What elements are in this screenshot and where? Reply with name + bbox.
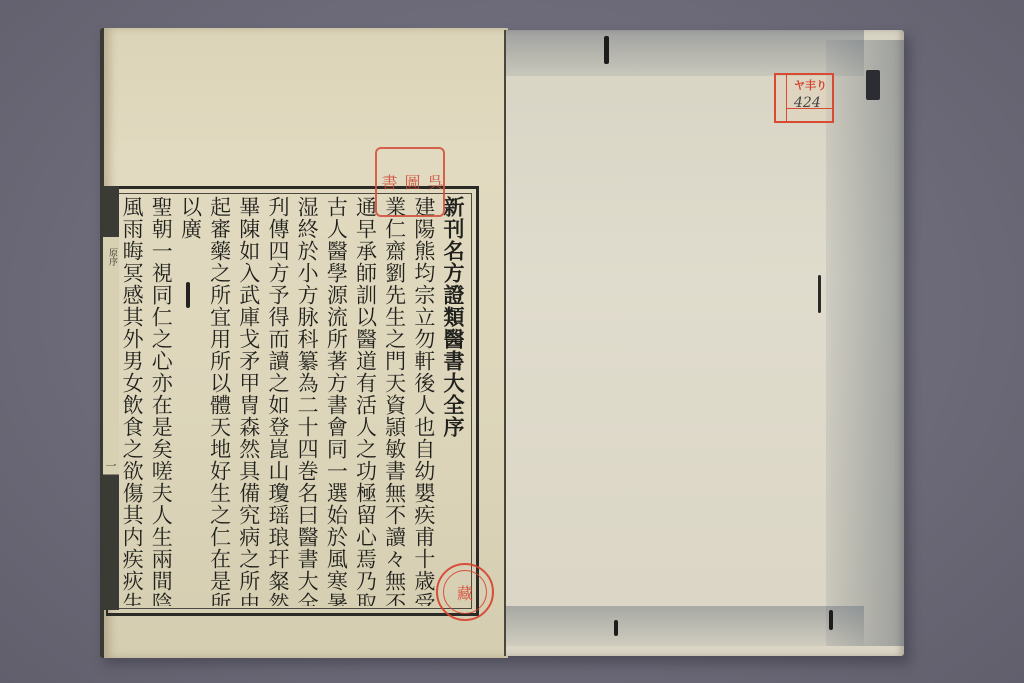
seal-char: 書 xyxy=(377,174,400,190)
text-column: 以廣 xyxy=(178,196,207,606)
seal-char: 呉 xyxy=(423,174,446,190)
stain-top xyxy=(504,30,864,76)
text-column: 風雨晦冥感其外男女飲食之欲傷其内疾疢生 xyxy=(120,196,149,606)
text-column: 畢陳如入武庫戈矛甲冑森然具備究病之所由 xyxy=(237,196,266,606)
round-seal: 藏 xyxy=(436,563,494,621)
text-column: 刋傳四方予得而讀之如登崑山瓊瑶琅玕粲然 xyxy=(266,196,295,606)
text-column: 業仁齋劉先生之門天資頴敏書無不讀々無不 xyxy=(382,196,411,606)
leaf-number: 一 xyxy=(104,460,118,471)
label-rule xyxy=(786,108,832,109)
ink-blot xyxy=(818,275,821,313)
title-column: 新刊名方證類醫書大全序 xyxy=(441,196,470,606)
right-page xyxy=(504,30,904,656)
text-columns: 新刊名方證類醫書大全序 建陽熊均宗立勿軒後人也自幼嬰疾甫十歳受 業仁齋劉先生之門… xyxy=(120,196,470,606)
label-kana: ヤ丰り xyxy=(794,77,827,93)
ink-blot xyxy=(866,70,880,100)
ink-blot xyxy=(829,610,833,630)
seal-ring xyxy=(443,570,487,614)
ink-stroke xyxy=(186,282,190,308)
text-column: 聖朝一視同仁之心亦在是矣嗟夫人生兩間陰陽 xyxy=(149,196,178,606)
stain-bottom xyxy=(504,606,864,646)
seal-char: 圖 xyxy=(400,174,423,190)
stain-side xyxy=(826,40,904,646)
ink-blot xyxy=(604,36,609,64)
text-column: 湿終於小方脉科纂為二十四巻名曰醫書大全 xyxy=(295,196,324,606)
center-column-label: 原序 xyxy=(105,248,117,266)
text-column: 建陽熊均宗立勿軒後人也自幼嬰疾甫十歳受 xyxy=(412,196,441,606)
text-column: 古人醫學源流所著方書會同一選始於風寒暑 xyxy=(324,196,353,606)
ink-blot xyxy=(614,620,618,636)
text-column: 起審藥之所宜用所以體天地好生之仁在是所 xyxy=(207,196,236,606)
text-column: 通早承師訓以醫道有活人之功極留心焉乃取 xyxy=(353,196,382,606)
library-label-seal: ヤ丰り 424 xyxy=(774,73,834,123)
spine xyxy=(504,30,506,656)
label-side-box xyxy=(776,75,787,121)
square-seal: 書 圖 呉 xyxy=(375,147,445,217)
